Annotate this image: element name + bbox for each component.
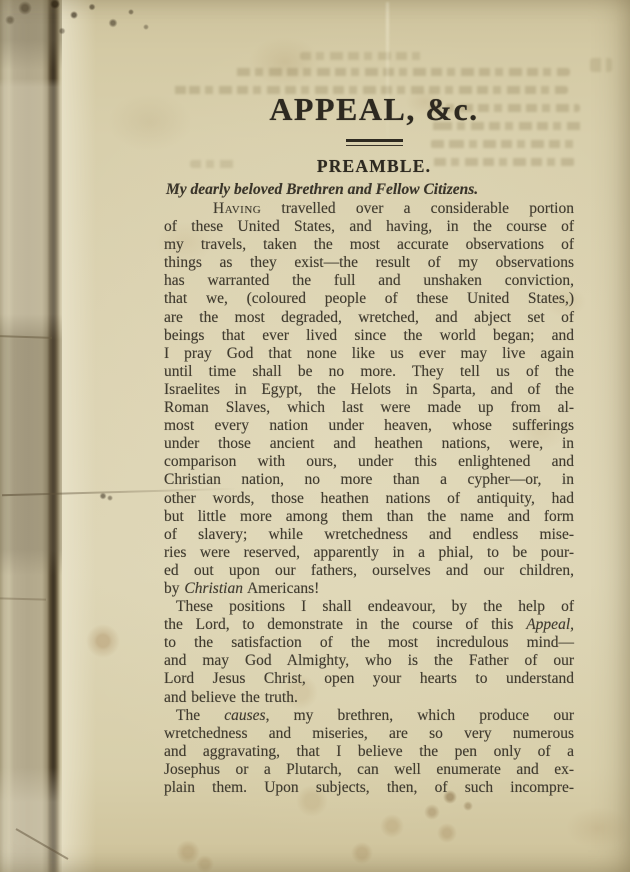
body-text: Having travelled over a considerable por… xyxy=(164,200,574,797)
text-line: things as they exist—the result of my ob… xyxy=(164,254,574,272)
text-line: my travels, taken the most accurate obse… xyxy=(164,236,574,254)
title-rule xyxy=(346,139,403,146)
text-line: of these United States, and having, in t… xyxy=(164,218,574,236)
text-line: comparison with ours, under this enlight… xyxy=(164,453,574,471)
text-line: that we, (coloured people of these Unite… xyxy=(164,290,574,308)
text-line: Lord Jesus Christ, open your hearts to u… xyxy=(164,670,574,688)
text-line: wretchedness and miseries, are so very n… xyxy=(164,725,574,743)
text-line: These positions I shall endeavour, by th… xyxy=(164,598,574,616)
text-line: plain them. Upon subjects, then, of such… xyxy=(164,779,574,797)
text-line: beings that ever lived since the world b… xyxy=(164,327,574,345)
text-line: I pray God that none like us ever may li… xyxy=(164,345,574,363)
text-line: and believe the truth. xyxy=(164,689,574,707)
text-line: to the satisfaction of the most incredul… xyxy=(164,634,574,652)
text-line: Israelites in Egypt, the Helots in Spart… xyxy=(164,381,574,399)
text-line: Having travelled over a considerable por… xyxy=(164,200,574,218)
text-line: Josephus or a Plutarch, can well enumera… xyxy=(164,761,574,779)
text-line: by Christian Americans! xyxy=(164,580,574,598)
text-line: are the most degraded, wretched, and abj… xyxy=(164,309,574,327)
section-heading: PREAMBLE. xyxy=(164,157,584,176)
text-line: The causes, my brethren, which produce o… xyxy=(164,707,574,725)
text-line: other words, those heathen nations of an… xyxy=(164,490,574,508)
text-line: Roman Slaves, which last were made up fr… xyxy=(164,399,574,417)
text-line: ed out upon our fathers, ourselves and o… xyxy=(164,562,574,580)
text-line: ries were reserved, apparently in a phia… xyxy=(164,544,574,562)
book-page-scan: APPEAL, &c. PREAMBLE. My dearly beloved … xyxy=(0,0,630,872)
text-line: until time shall be no more. They tell u… xyxy=(164,363,574,381)
text-line: but little more among them than the name… xyxy=(164,508,574,526)
printed-page-content: APPEAL, &c. PREAMBLE. My dearly beloved … xyxy=(0,0,630,872)
text-line: and may God Almighty, who is the Father … xyxy=(164,652,574,670)
text-line: has warranted the full and unshaken conv… xyxy=(164,272,574,290)
text-line: of slavery; while wretchedness and endle… xyxy=(164,526,574,544)
text-line: and aggravating, that I believe the pen … xyxy=(164,743,574,761)
text-line: under those ancient and heathen nations,… xyxy=(164,435,574,453)
page-title: APPEAL, &c. xyxy=(164,92,584,126)
text-line: Christian nation, no more than a cypher—… xyxy=(164,471,574,489)
salutation: My dearly beloved Brethren and Fellow Ci… xyxy=(166,181,478,198)
text-line: the Lord, to demonstrate in the course o… xyxy=(164,616,574,634)
text-line: most every nation under heaven, whose su… xyxy=(164,417,574,435)
